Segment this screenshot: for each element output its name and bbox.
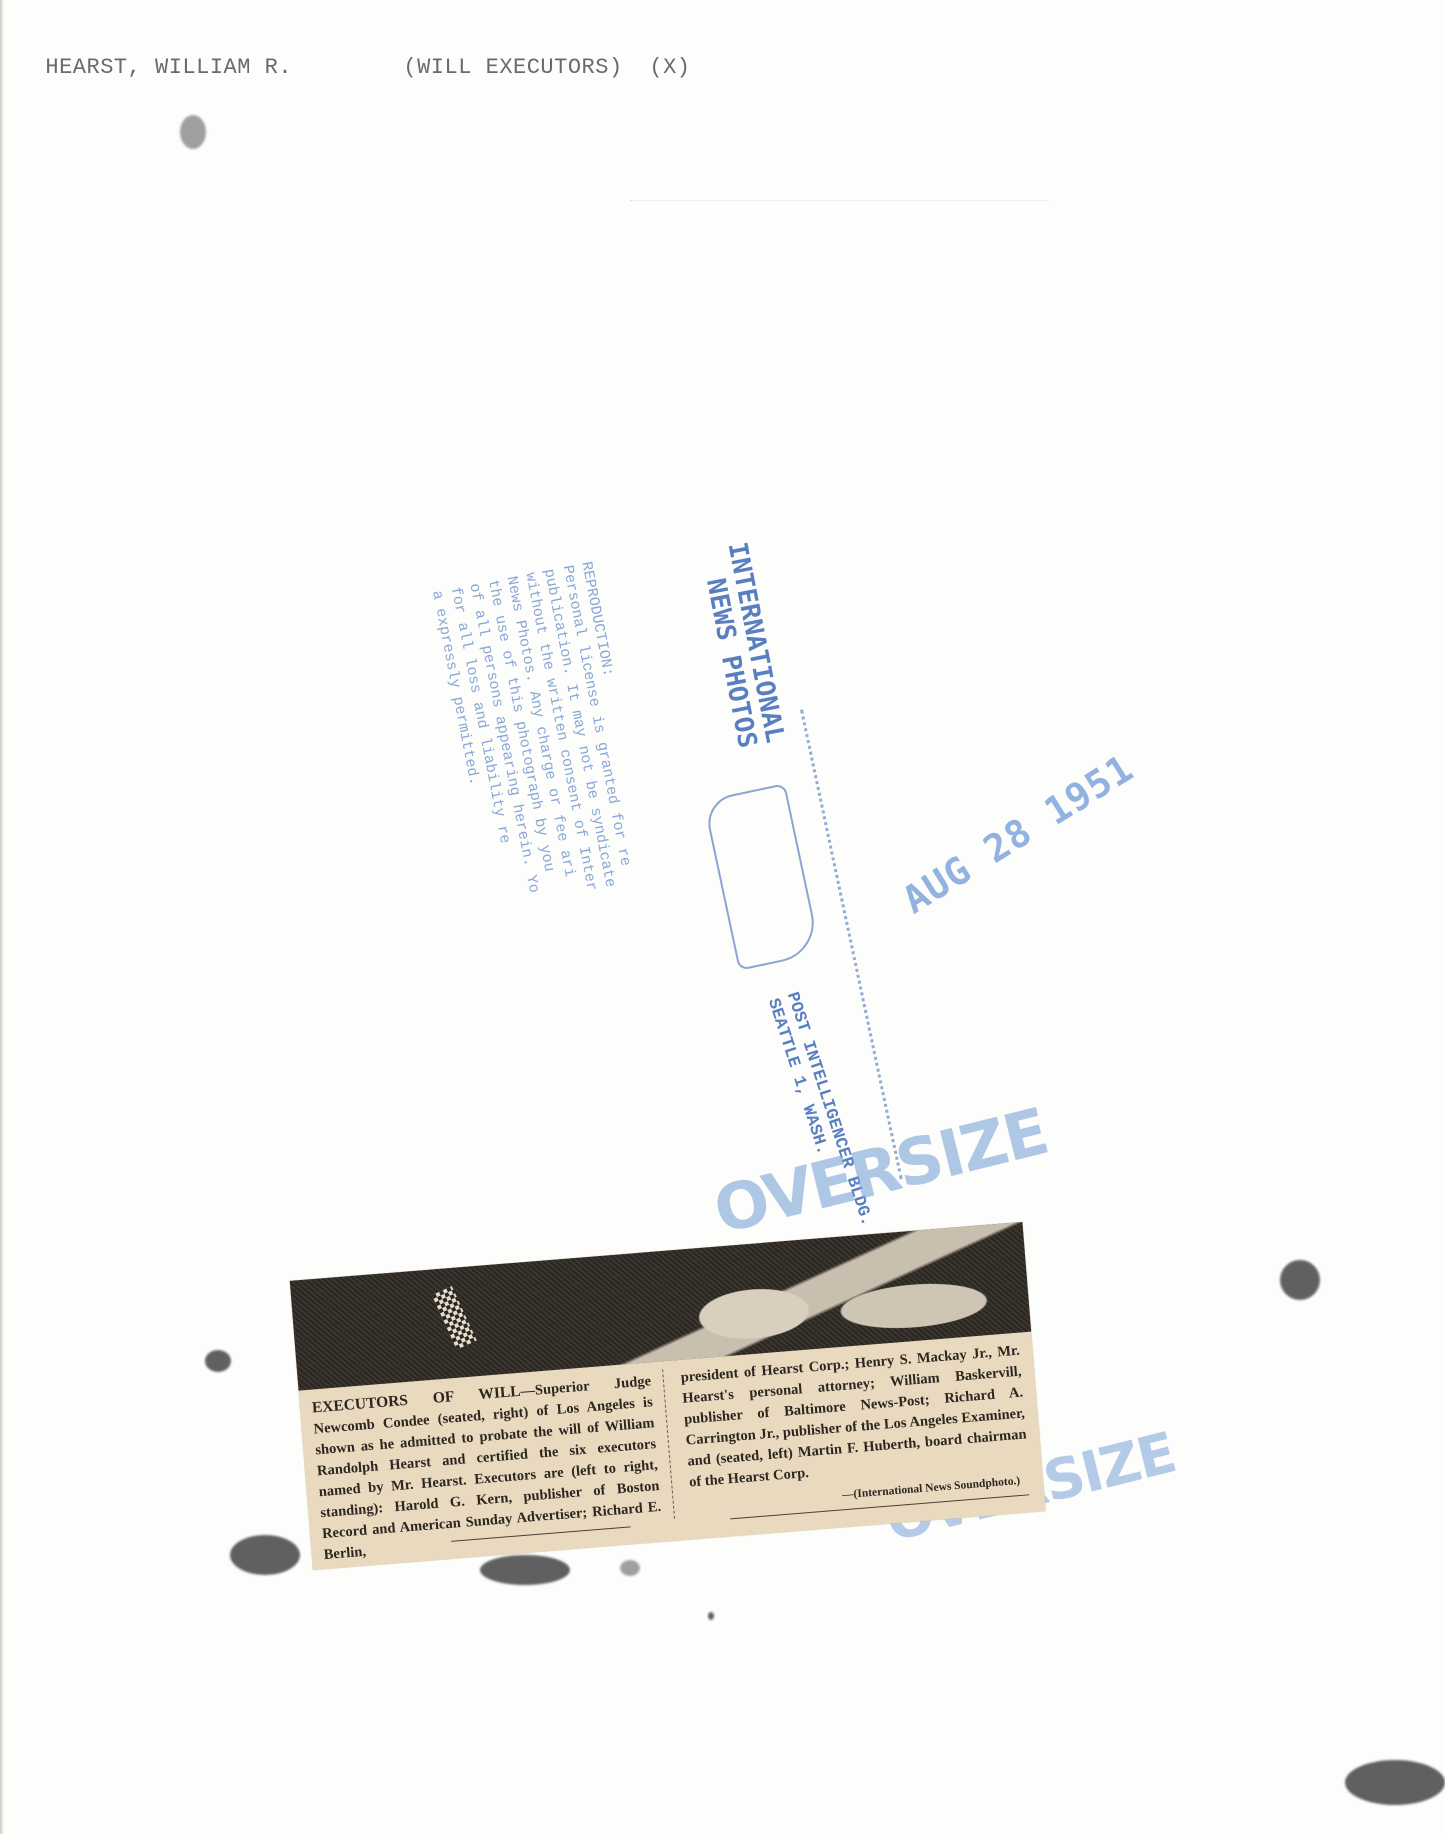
- stain: [708, 1612, 714, 1620]
- stain: [1345, 1760, 1445, 1805]
- subject-name: HEARST, WILLIAM R.: [45, 55, 385, 80]
- stain: [1280, 1260, 1320, 1300]
- subject-topic: (WILL EXECUTORS): [403, 55, 643, 80]
- stain: [480, 1555, 570, 1585]
- stain: [205, 1350, 231, 1372]
- photo-card-outline: [630, 200, 1050, 1231]
- caption-right-column: president of Hearst Corp.; Henry S. Mack…: [680, 1341, 1031, 1519]
- stain: [230, 1535, 300, 1575]
- stain: [620, 1560, 640, 1576]
- column-divider: [662, 1369, 675, 1519]
- archive-label: HEARST, WILLIAM R.(WILL EXECUTORS)(X): [18, 30, 691, 80]
- stain: [180, 115, 206, 149]
- file-mark: (X): [649, 55, 690, 80]
- page-edge: [0, 0, 4, 1834]
- rights-notice-stamp: REPRODUCTION: Personal license is grante…: [427, 560, 657, 911]
- caption-left-column: EXECUTORS OF WILL—Superior Judge Newcomb…: [311, 1370, 663, 1566]
- caption-right-text: president of Hearst Corp.; Henry S. Mack…: [680, 1341, 1029, 1494]
- newspaper-clipping: EXECUTORS OF WILL—Superior Judge Newcomb…: [290, 1222, 1046, 1570]
